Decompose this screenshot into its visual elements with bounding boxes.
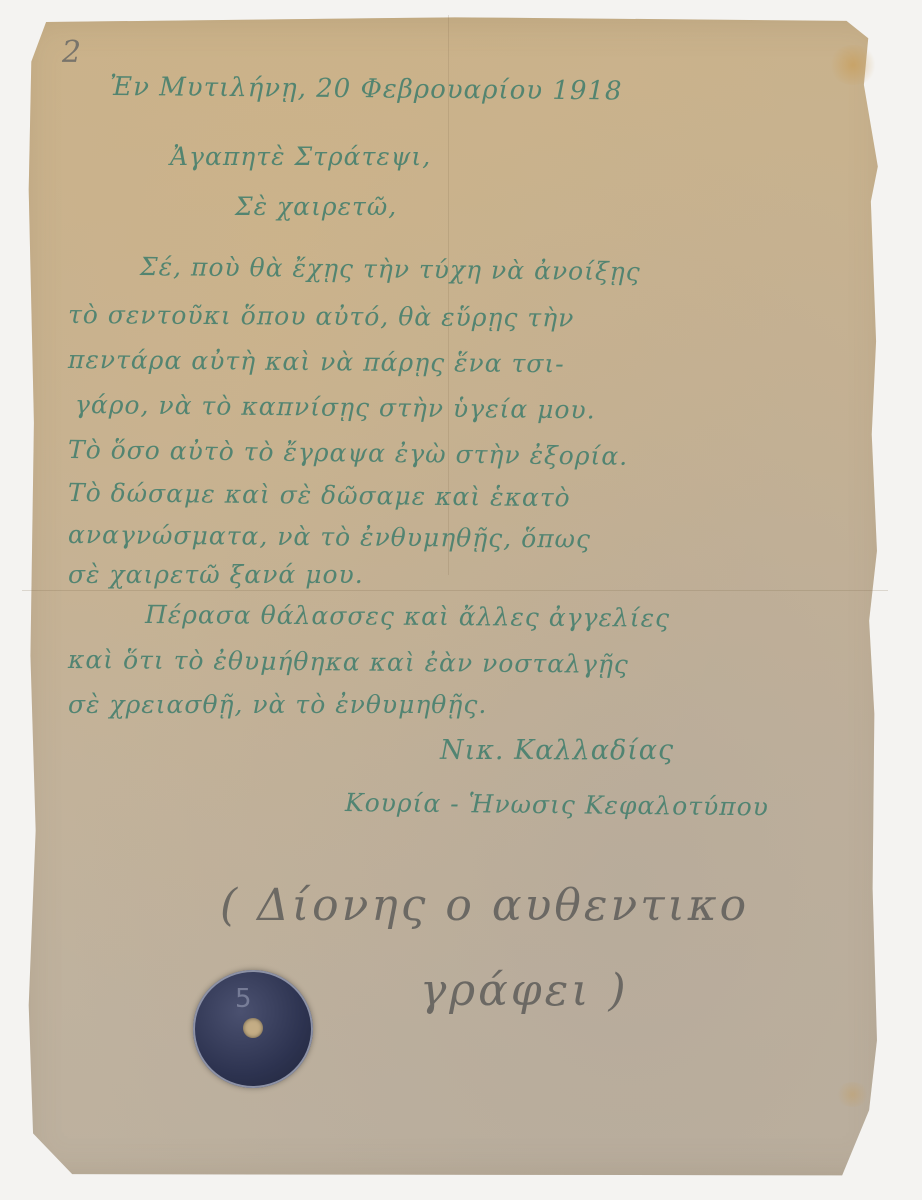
closing-line: καὶ ὅτι τὸ ἐθυμήθηκα καὶ ἐὰν νοσταλγῇς	[68, 645, 629, 679]
coin: 5	[193, 970, 313, 1088]
body-line: πεντάρα αὐτὴ καὶ νὰ πάρῃς ἕνα τσι-	[68, 345, 565, 378]
body-line: Τὸ δώσαμε καὶ σὲ δῶσαμε καὶ ἑκατὸ	[68, 478, 571, 512]
signature-name: Νικ. Καλλαδίας	[440, 735, 674, 766]
coin-hole	[243, 1018, 263, 1038]
page-number: 2	[62, 35, 82, 70]
paper-stain	[835, 1082, 870, 1107]
body-line: Σέ, ποὺ θὰ ἔχῃς τὴν τύχη νὰ ἀνοίξῃς	[140, 252, 641, 286]
closing-line: Πέρασα θάλασσες καὶ ἄλλες ἀγγελίες	[145, 600, 670, 633]
closing-line: σὲ χρειασθῇ, νὰ τὸ ἐνθυμηθῇς.	[68, 690, 487, 719]
paper-stain	[828, 45, 878, 85]
signature-title: Κουρία - Ἡνωσις Κεφαλοτύπου	[345, 788, 769, 821]
pencil-note-line: γράφει )	[420, 965, 629, 1016]
pencil-note-line: ( Δίονης ο αυθεντικο	[220, 880, 749, 931]
coin-emblem-icon: 5	[235, 984, 252, 1014]
date-line: Ἐν Μυτιλήνῃ, 20 Φεβρουαρίου 1918	[110, 72, 623, 106]
fold-line-horizontal	[22, 590, 888, 591]
salutation-line: Σὲ χαιρετῶ,	[235, 192, 397, 221]
salutation-line: Ἀγαπητὲ Στράτεψι,	[170, 142, 431, 171]
body-line: αναγνώσματα, νὰ τὸ ἐνθυμηθῇς, ὅπως	[68, 520, 591, 554]
body-line: γάρο, νὰ τὸ καπνίσῃς στὴν ὑγεία μου.	[75, 390, 596, 424]
body-line: τὸ σεντοῦκι ὅπου αὐτό, θὰ εὕρῃς τὴν	[68, 300, 575, 333]
body-line: σὲ χαιρετῶ ξανά μου.	[68, 560, 364, 589]
